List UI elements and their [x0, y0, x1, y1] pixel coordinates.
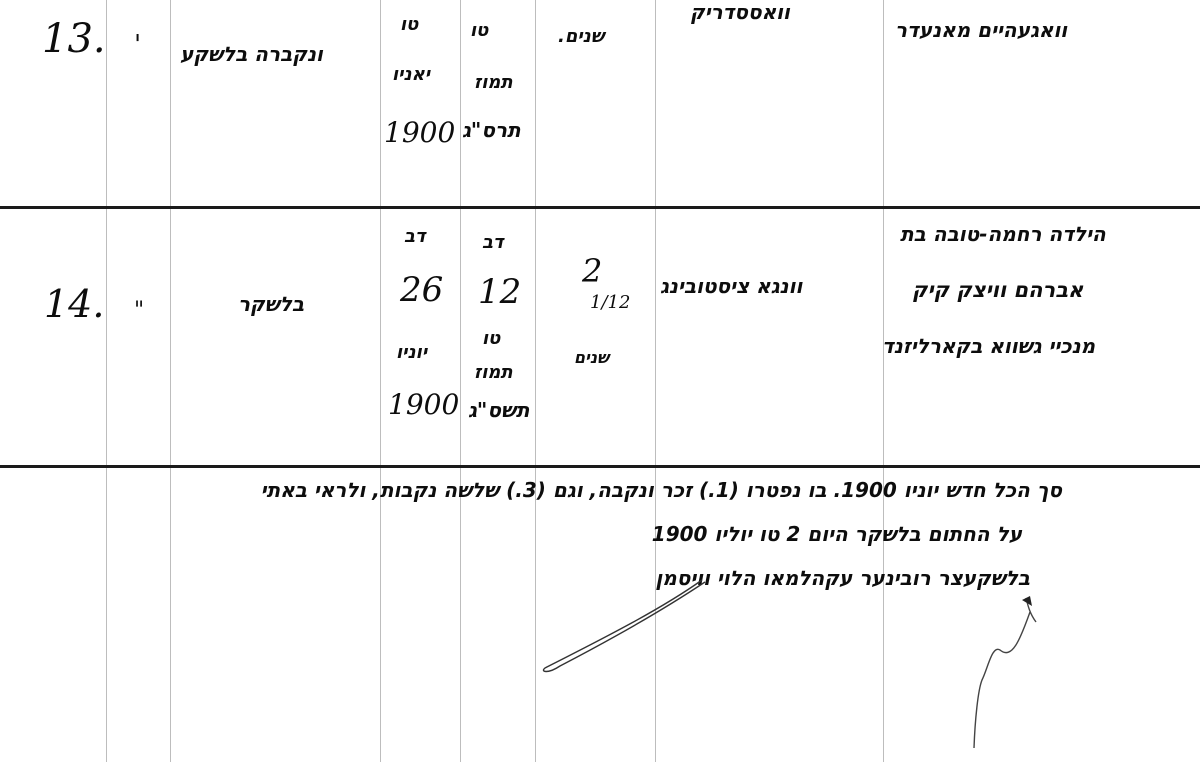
- signature-flourish: [0, 0, 1200, 762]
